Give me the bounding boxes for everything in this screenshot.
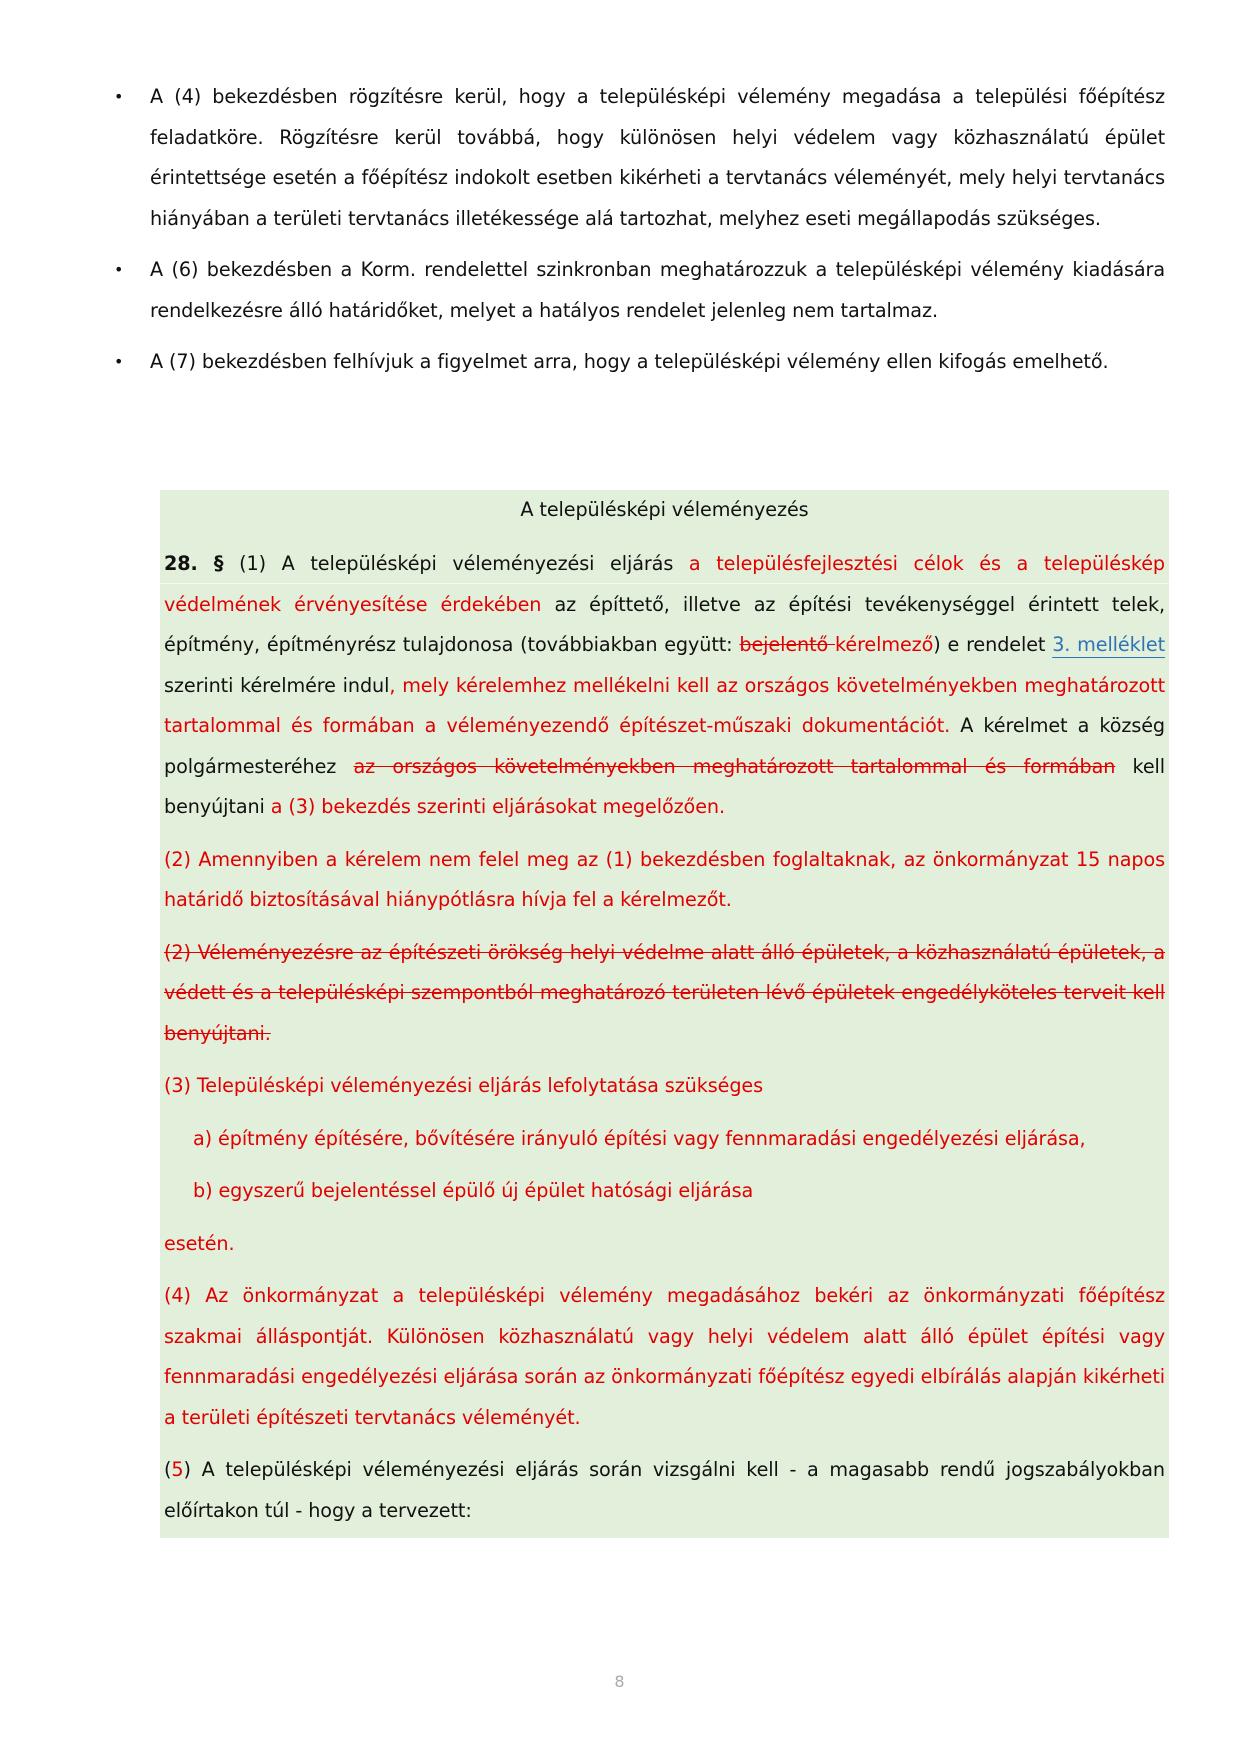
deleted-text: bejelentő bbox=[739, 633, 835, 656]
paragraph-3-end: esetén. bbox=[164, 1224, 1165, 1265]
document-page: • A (4) bekezdésben rögzítésre kerül, ho… bbox=[0, 0, 1239, 1754]
paragraph-4: (4) Az önkormányzat a településképi véle… bbox=[164, 1276, 1165, 1438]
paragraph-5: (5) A településképi véleményezési eljárá… bbox=[164, 1450, 1165, 1531]
text: ) A településképi véleményezési eljárás … bbox=[164, 1458, 1165, 1522]
paragraph-2-deleted: (2) Véleményezésre az építészeti örökség… bbox=[164, 933, 1165, 1055]
paragraph-1: 28. § (1) A településképi véleményezési … bbox=[164, 544, 1165, 828]
text: ) e rendelet bbox=[933, 633, 1052, 656]
bullet-item: • A (6) bekezdésben a Korm. rendelettel … bbox=[150, 250, 1165, 331]
explanation-bullets: • A (4) bekezdésben rögzítésre kerül, ho… bbox=[150, 77, 1165, 394]
bullet-text: A (7) bekezdésben felhívjuk a figyelmet … bbox=[150, 350, 1108, 373]
annex-link[interactable]: 3. melléklet bbox=[1052, 633, 1165, 656]
page-number: 8 bbox=[0, 1672, 1239, 1691]
inserted-text: 5 bbox=[171, 1458, 183, 1481]
bullet-item: • A (4) bekezdésben rögzítésre kerül, ho… bbox=[150, 77, 1165, 239]
text: (1) A településképi véleményezési eljárá… bbox=[223, 552, 688, 575]
paragraph-3-item-b: b) egyszerű bejelentéssel épülő új épüle… bbox=[164, 1171, 1165, 1212]
deleted-text: az országos követelményekben meghatározo… bbox=[353, 755, 1115, 778]
paragraph-3-item-a: a) építmény építésére, bővítésére irányu… bbox=[164, 1119, 1165, 1160]
section-number: 28. § bbox=[164, 552, 223, 575]
paragraph-2: (2) Amennyiben a kérelem nem felel meg a… bbox=[164, 840, 1165, 921]
bullet-icon: • bbox=[114, 342, 123, 383]
regulation-text-box: A településképi véleményezés 28. § (1) A… bbox=[160, 490, 1169, 1538]
bullet-icon: • bbox=[114, 77, 123, 118]
inserted-text: a (3) bekezdés szerinti eljárásokat mege… bbox=[271, 795, 725, 818]
bullet-icon: • bbox=[114, 250, 123, 291]
paragraph-3: (3) Településképi véleményezési eljárás … bbox=[164, 1066, 1165, 1107]
bullet-item: • A (7) bekezdésben felhívjuk a figyelme… bbox=[150, 342, 1165, 383]
bullet-text: A (4) bekezdésben rögzítésre kerül, hogy… bbox=[150, 85, 1165, 230]
bullet-text: A (6) bekezdésben a Korm. rendelettel sz… bbox=[150, 258, 1165, 322]
text: szerinti kérelmére indul bbox=[164, 674, 389, 697]
section-title: A településképi véleményezés bbox=[164, 490, 1165, 544]
inserted-text: kérelmező bbox=[835, 633, 933, 656]
